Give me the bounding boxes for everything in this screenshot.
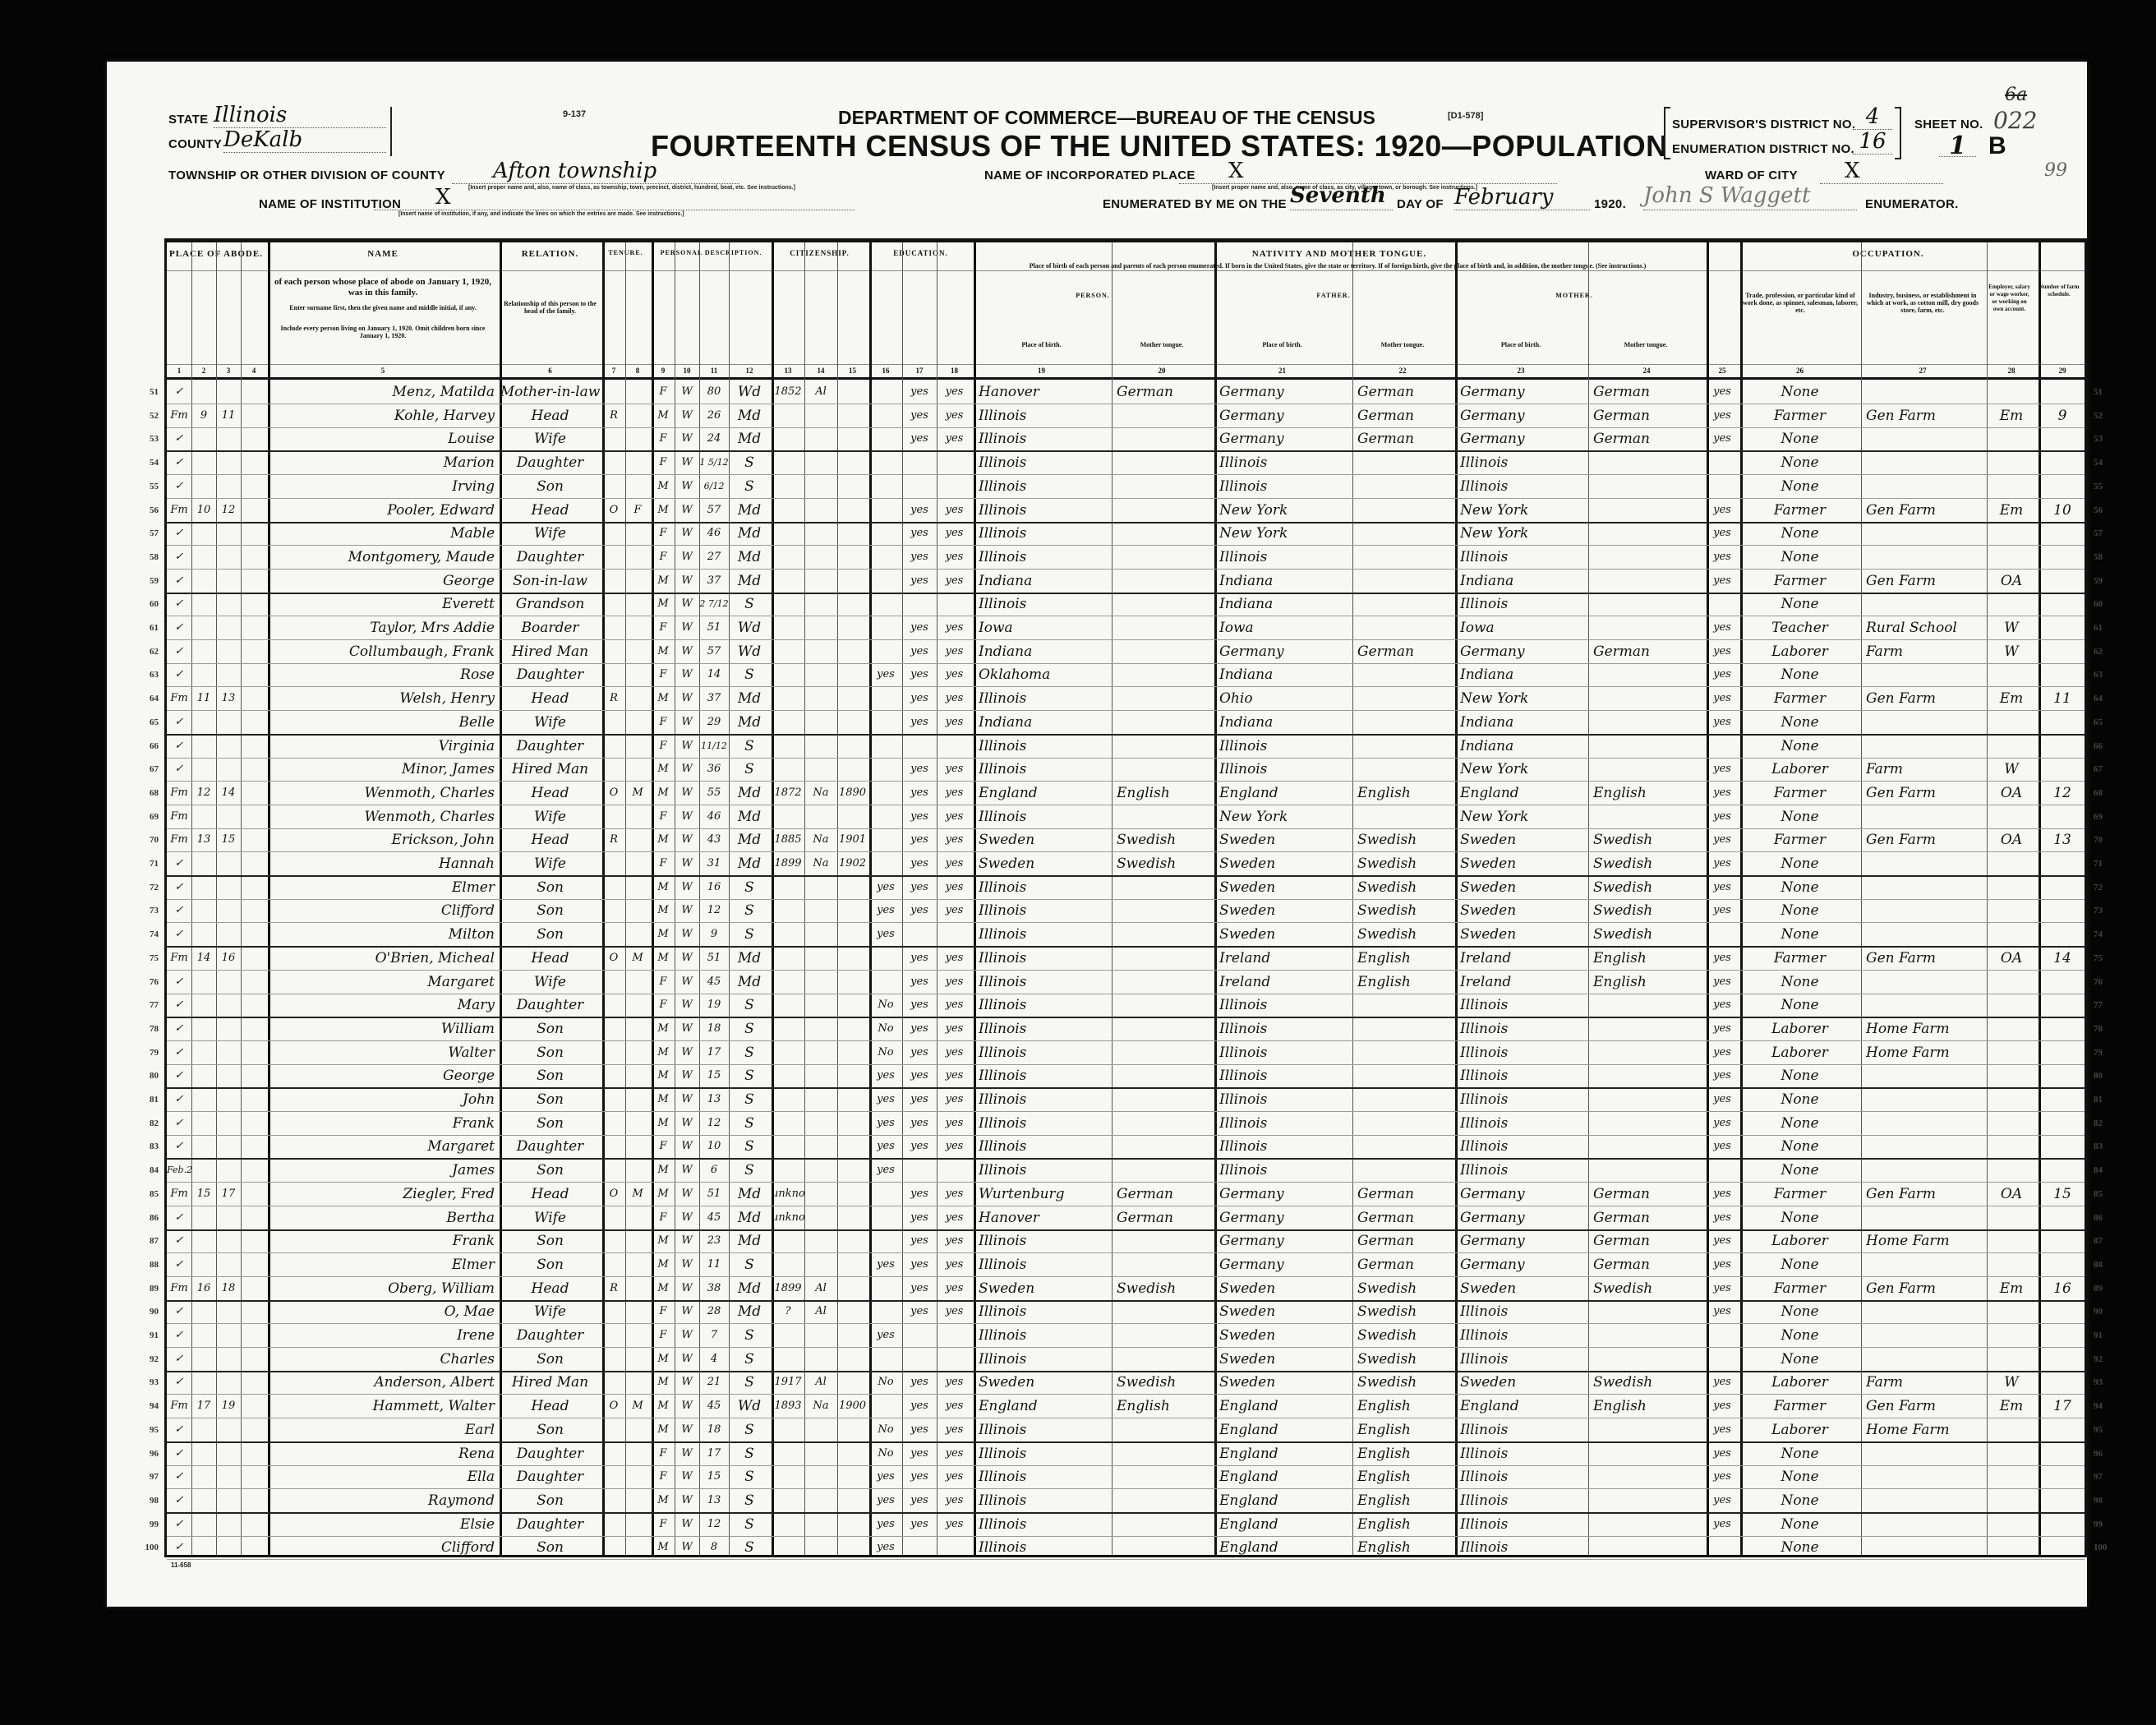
cell-mpob: Ireland: [1460, 947, 1587, 970]
cell-c1: ✓: [167, 1229, 191, 1252]
cell-fpob: Germany: [1219, 1229, 1350, 1252]
cell-c2: 17: [191, 1395, 216, 1418]
line-number: 73: [134, 906, 159, 916]
cell-t8: M: [625, 1395, 650, 1418]
cell-trade: None: [1740, 427, 1859, 450]
cell-c2: 15: [191, 1183, 216, 1206]
cell-eng: yes: [1707, 876, 1738, 899]
cell-c3: 19: [216, 1395, 241, 1418]
cell-fmt: German: [1357, 1206, 1453, 1229]
column-number: 14: [804, 367, 837, 375]
table-row: 5959✓GeorgeSon-in-lawMW37MdyesyesIndiana…: [167, 570, 2085, 594]
enumeration-label: ENUMERATION DISTRICT NO.: [1672, 142, 1854, 156]
cell-trade: None: [1740, 663, 1859, 686]
cell-ms: S: [729, 1489, 770, 1512]
line-number-right: 92: [2094, 1354, 2103, 1364]
cell-trade: Teacher: [1740, 616, 1859, 639]
cell-write: yes: [937, 687, 972, 710]
cell-eng: yes: [1707, 994, 1738, 1017]
cell-name: Walter: [268, 1041, 498, 1064]
column-number: 18: [937, 367, 972, 375]
cell-write: yes: [937, 499, 972, 522]
cell-school: No: [869, 1371, 902, 1394]
table-row: 5151✓Menz, MatildaMother-in-lawFW80Wd185…: [167, 381, 2085, 404]
cell-fpob: Sweden: [1219, 1324, 1350, 1347]
line-number: 92: [134, 1354, 159, 1364]
cell-eng: yes: [1707, 1253, 1738, 1276]
line-number-right: 81: [2094, 1095, 2103, 1105]
cell-sex: F: [652, 1465, 675, 1488]
cell-c1: ✓: [167, 1112, 191, 1135]
cell-read: yes: [902, 1418, 937, 1441]
cell-trade: None: [1740, 852, 1859, 875]
cell-name: Taylor, Mrs Addie: [268, 616, 498, 639]
cell-read: yes: [902, 427, 937, 450]
line-number-right: 80: [2094, 1071, 2103, 1081]
cell-school: No: [869, 994, 902, 1017]
cell-mt: Swedish: [1117, 852, 1212, 875]
cell-c2: 16: [191, 1277, 216, 1300]
cell-emp: W: [1987, 1371, 2036, 1394]
cell-name: Margaret: [268, 1135, 498, 1158]
cell-ms: Md: [729, 499, 770, 522]
cell-mmt: German: [1593, 404, 1705, 427]
line-number-right: 52: [2094, 411, 2103, 421]
cell-natyr: 1902: [837, 852, 868, 875]
cell-age: 7: [699, 1324, 729, 1347]
cell-t7: O: [602, 947, 625, 970]
cell-school: yes: [869, 1159, 902, 1182]
cell-emp: OA: [1987, 828, 2036, 851]
cell-fpob: England: [1219, 1536, 1350, 1559]
cell-nat: Na: [804, 782, 837, 805]
column-number: 27: [1861, 367, 1984, 375]
cell-race: W: [675, 522, 699, 545]
cell-mpob: Illinois: [1460, 593, 1587, 616]
cell-farm: 17: [2039, 1395, 2086, 1418]
cell-ms: S: [729, 899, 770, 922]
cell-ms: S: [729, 1135, 770, 1158]
table-row: 6868Fm1214Wenmoth, CharlesHeadOMMW55Md18…: [167, 782, 2085, 805]
cell-write: yes: [937, 546, 972, 569]
cell-pob: Illinois: [979, 1041, 1109, 1064]
cell-read: yes: [902, 522, 937, 545]
cell-trade: None: [1740, 1112, 1859, 1135]
cell-mpob: Indiana: [1460, 663, 1587, 686]
bottom-form-code: 11-658: [171, 1561, 191, 1569]
cell-read: yes: [902, 1395, 937, 1418]
cell-fpob: Indiana: [1219, 570, 1350, 593]
line-number: 91: [134, 1331, 159, 1340]
cell-nat: Al: [804, 1371, 837, 1394]
cell-name: Ziegler, Fred: [268, 1183, 498, 1206]
cell-fpob: Illinois: [1219, 1017, 1350, 1040]
cell-age: 37: [699, 570, 729, 593]
cell-age: 18: [699, 1017, 729, 1040]
cell-c1: ✓: [167, 1442, 191, 1465]
cell-ms: S: [729, 1159, 770, 1182]
cell-trade: None: [1740, 381, 1859, 404]
cell-eng: yes: [1707, 828, 1738, 851]
father-pob-header: Place of birth.: [1214, 341, 1350, 348]
cell-rel: Head: [500, 782, 601, 805]
cell-trade: None: [1740, 923, 1859, 946]
cell-school: yes: [869, 1465, 902, 1488]
column-number: 9: [652, 367, 675, 375]
cell-c1: Fm: [167, 947, 191, 970]
cell-age: 17: [699, 1442, 729, 1465]
cell-rel: Wife: [500, 805, 601, 828]
cell-fpob: Illinois: [1219, 1088, 1350, 1111]
cell-mt: English: [1117, 1395, 1212, 1418]
cell-race: W: [675, 451, 699, 474]
cell-race: W: [675, 852, 699, 875]
line-number: 93: [134, 1377, 159, 1387]
cell-pob: Sweden: [979, 852, 1109, 875]
cell-eng: yes: [1707, 1395, 1738, 1418]
table-row: 6969FmWenmoth, CharlesWifeFW46MdyesyesIl…: [167, 805, 2085, 829]
cell-sex: F: [652, 994, 675, 1017]
cell-sex: M: [652, 687, 675, 710]
cell-read: yes: [902, 1489, 937, 1512]
line-number-right: 62: [2094, 647, 2103, 657]
cell-trade: Laborer: [1740, 640, 1859, 663]
cell-ms: Md: [729, 947, 770, 970]
cell-write: yes: [937, 522, 972, 545]
cell-trade: Laborer: [1740, 758, 1859, 781]
cell-rel: Hired Man: [500, 1371, 601, 1394]
line-number-right: 72: [2094, 883, 2103, 892]
cell-ms: S: [729, 1112, 770, 1135]
line-number-right: 95: [2094, 1425, 2103, 1435]
cell-fmt: German: [1357, 404, 1453, 427]
cell-pob: Illinois: [979, 427, 1109, 450]
cell-ms: Wd: [729, 381, 770, 404]
cell-trade: Laborer: [1740, 1017, 1859, 1040]
line-number: 98: [134, 1496, 159, 1506]
cell-race: W: [675, 1159, 699, 1182]
cell-c1: ✓: [167, 971, 191, 994]
table-row: 5858✓Montgomery, MaudeDaughterFW27Mdyesy…: [167, 546, 2085, 570]
table-row: 8989Fm1618Oberg, WilliamHeadRMW38Md1899A…: [167, 1277, 2085, 1302]
cell-imm: 1899: [772, 1277, 804, 1300]
person-header: PERSON.: [974, 292, 1212, 299]
cell-school: yes: [869, 1088, 902, 1111]
cell-write: yes: [937, 1017, 972, 1040]
cell-mmt: German: [1593, 381, 1705, 404]
line-number-right: 73: [2094, 906, 2103, 916]
cell-trade: None: [1740, 1300, 1859, 1323]
header-rule: [167, 364, 2085, 365]
cell-pob: Illinois: [979, 546, 1109, 569]
cell-fpob: Illinois: [1219, 1135, 1350, 1158]
cell-mmt: Swedish: [1593, 923, 1705, 946]
cell-age: 36: [699, 758, 729, 781]
line-number-right: 100: [2094, 1543, 2108, 1552]
cell-read: yes: [902, 782, 937, 805]
cell-read: yes: [902, 1442, 937, 1465]
cell-fpob: New York: [1219, 805, 1350, 828]
cell-eng: yes: [1707, 663, 1738, 686]
cell-trade: Farmer: [1740, 1183, 1859, 1206]
section-citizenship: CITIZENSHIP.: [772, 249, 868, 257]
table-row: 7070Fm1315Erickson, JohnHeadRMW43Md1885N…: [167, 828, 2085, 852]
cell-sex: F: [652, 1206, 675, 1229]
cell-name: Ella: [268, 1465, 498, 1488]
table-row: 6565✓BelleWifeFW29MdyesyesIndianaIndiana…: [167, 711, 2085, 736]
cell-fpob: Ohio: [1219, 687, 1350, 710]
sheet-label: SHEET NO.: [1914, 118, 1983, 131]
table-row: 7676✓MargaretWifeFW45MdyesyesIllinoisIre…: [167, 971, 2085, 994]
cell-age: 57: [699, 499, 729, 522]
table-row: 7373✓CliffordSonMW12SyesyesyesIllinoisSw…: [167, 899, 2085, 923]
cell-ind: Home Farm: [1866, 1229, 1984, 1252]
cell-trade: None: [1740, 971, 1859, 994]
table-row: 5555✓IrvingSonMW6/12SIllinoisIllinoisIll…: [167, 475, 2085, 499]
cell-pob: Illinois: [979, 451, 1109, 474]
cell-pob: Illinois: [979, 522, 1109, 545]
cell-natyr: 1900: [837, 1395, 868, 1418]
cell-mpob: Illinois: [1460, 1348, 1587, 1371]
cell-ms: S: [729, 876, 770, 899]
cell-read: yes: [902, 994, 937, 1017]
cell-race: W: [675, 404, 699, 427]
section-relation: RELATION.: [500, 249, 601, 259]
cell-fmt: German: [1357, 1229, 1453, 1252]
cell-sex: F: [652, 1135, 675, 1158]
column-number: 29: [2039, 367, 2086, 375]
cell-ms: S: [729, 1253, 770, 1276]
cell-age: 2 7/12: [699, 593, 729, 616]
table-row: 9999✓ElsieDaughterFW12SyesyesyesIllinois…: [167, 1513, 2085, 1537]
cell-fmt: English: [1357, 782, 1453, 805]
cell-pob: Illinois: [979, 1229, 1109, 1252]
cell-age: 6: [699, 1159, 729, 1182]
cell-fpob: Illinois: [1219, 451, 1350, 474]
sheet-stamp: 022: [1993, 107, 2037, 134]
cell-c1: ✓: [167, 1348, 191, 1371]
sheet-letter: B: [1988, 132, 2006, 160]
cell-sex: M: [652, 1064, 675, 1087]
sheet-value: 1: [1939, 131, 1976, 157]
cell-name: Pooler, Edward: [268, 499, 498, 522]
cell-age: 8: [699, 1536, 729, 1559]
cell-c3: 13: [216, 687, 241, 710]
cell-ms: S: [729, 923, 770, 946]
cell-ms: Wd: [729, 616, 770, 639]
cell-pob: Illinois: [979, 1442, 1109, 1465]
cell-age: 46: [699, 522, 729, 545]
cell-trade: Farmer: [1740, 499, 1859, 522]
cell-race: W: [675, 1395, 699, 1418]
cell-race: W: [675, 1229, 699, 1252]
cell-sex: M: [652, 640, 675, 663]
cell-eng: yes: [1707, 852, 1738, 875]
cell-read: yes: [902, 805, 937, 828]
table-row: 7979✓WalterSonMW17SNoyesyesIllinoisIllin…: [167, 1041, 2085, 1065]
column-number: 12: [729, 367, 770, 375]
cell-rel: Son-in-law: [500, 570, 601, 593]
cell-c1: ✓: [167, 1017, 191, 1040]
line-number: 100: [134, 1543, 159, 1552]
line-number-right: 77: [2094, 1000, 2103, 1010]
cell-write: yes: [937, 1418, 972, 1441]
line-number: 68: [134, 788, 159, 798]
cell-mmt: Swedish: [1593, 876, 1705, 899]
cell-trade: None: [1740, 593, 1859, 616]
census-sheet: STATE Illinois COUNTY DeKalb 9-137 DEPAR…: [107, 62, 2087, 1607]
cell-eng: yes: [1707, 1418, 1738, 1441]
incorporated-value: X: [1179, 159, 1557, 184]
cell-mpob: Illinois: [1460, 1489, 1587, 1512]
cell-sex: M: [652, 499, 675, 522]
cell-ms: S: [729, 994, 770, 1017]
table-row: 7474✓MiltonSonMW9SyesIllinoisSwedenSwedi…: [167, 923, 2085, 948]
cell-farm: 16: [2039, 1277, 2086, 1300]
cell-c1: ✓: [167, 876, 191, 899]
cell-rel: Head: [500, 1277, 601, 1300]
cell-write: yes: [937, 1064, 972, 1087]
table-row: 8080✓GeorgeSonMW15SyesyesyesIllinoisIlli…: [167, 1064, 2085, 1089]
cell-name: Clifford: [268, 899, 498, 922]
cell-ms: Md: [729, 546, 770, 569]
cell-race: W: [675, 735, 699, 758]
cell-mmt: English: [1593, 971, 1705, 994]
cell-name: George: [268, 1064, 498, 1087]
cell-race: W: [675, 381, 699, 404]
cell-name: Menz, Matilda: [268, 381, 498, 404]
county-value: DeKalb: [223, 127, 386, 153]
cell-mpob: New York: [1460, 499, 1587, 522]
cell-mpob: New York: [1460, 758, 1587, 781]
cell-ms: S: [729, 1536, 770, 1559]
cell-name: George: [268, 570, 498, 593]
cell-name: Mary: [268, 994, 498, 1017]
table-row: 6262✓Collumbaugh, FrankHired ManMW57Wdye…: [167, 640, 2085, 664]
cell-name: John: [268, 1088, 498, 1111]
line-number: 82: [134, 1118, 159, 1128]
cell-mpob: Illinois: [1460, 1017, 1587, 1040]
cell-rel: Head: [500, 1183, 601, 1206]
cell-c1: ✓: [167, 1135, 191, 1158]
line-number-right: 70: [2094, 835, 2103, 845]
cell-write: yes: [937, 805, 972, 828]
cell-mt: German: [1117, 1206, 1212, 1229]
cell-age: 46: [699, 805, 729, 828]
cell-read: yes: [902, 1277, 937, 1300]
cell-imm: 1899: [772, 852, 804, 875]
line-number-right: 82: [2094, 1118, 2103, 1128]
cell-fmt: English: [1357, 1513, 1453, 1536]
cell-c1: ✓: [167, 1253, 191, 1276]
line-number-right: 71: [2094, 859, 2103, 869]
cell-t8: M: [625, 947, 650, 970]
cell-age: 38: [699, 1277, 729, 1300]
column-number: 22: [1352, 367, 1453, 375]
cell-fpob: Germany: [1219, 1206, 1350, 1229]
table-row: 5252Fm911Kohle, HarveyHeadRMW26MdyesyesI…: [167, 404, 2085, 428]
cell-mpob: Germany: [1460, 427, 1587, 450]
cell-mmt: English: [1593, 947, 1705, 970]
supervisor-label: SUPERVISOR'S DISTRICT NO.: [1672, 118, 1855, 131]
cell-fpob: New York: [1219, 522, 1350, 545]
cell-sex: M: [652, 404, 675, 427]
cell-school: yes: [869, 1536, 902, 1559]
cell-age: 13: [699, 1088, 729, 1111]
enumerator-label: ENUMERATOR.: [1865, 197, 1959, 211]
cell-trade: Laborer: [1740, 1371, 1859, 1394]
cell-c2: 10: [191, 499, 216, 522]
cell-name: Rose: [268, 663, 498, 686]
cell-fmt: Swedish: [1357, 828, 1453, 851]
cell-ms: S: [729, 1041, 770, 1064]
cell-eng: yes: [1707, 1277, 1738, 1300]
cell-school: yes: [869, 1489, 902, 1512]
cell-ind: Gen Farm: [1866, 1395, 1984, 1418]
cell-farm: 15: [2039, 1183, 2086, 1206]
cell-emp: W: [1987, 758, 2036, 781]
cell-race: W: [675, 640, 699, 663]
cell-rel: Son: [500, 1536, 601, 1559]
cell-trade: None: [1740, 1135, 1859, 1158]
cell-mt: Swedish: [1117, 1277, 1212, 1300]
cell-name: Everett: [268, 593, 498, 616]
cell-race: W: [675, 1017, 699, 1040]
cell-mpob: Illinois: [1460, 1112, 1587, 1135]
father-header: FATHER.: [1214, 292, 1453, 299]
line-number-right: 63: [2094, 670, 2103, 680]
line-number: 62: [134, 647, 159, 657]
cell-fpob: England: [1219, 1513, 1350, 1536]
cell-age: 12: [699, 1513, 729, 1536]
cell-name: Kohle, Harvey: [268, 404, 498, 427]
cell-rel: Wife: [500, 1206, 601, 1229]
cell-school: yes: [869, 1112, 902, 1135]
cell-sex: M: [652, 475, 675, 498]
cell-imm: ?: [772, 1300, 804, 1323]
cell-mmt: Swedish: [1593, 828, 1705, 851]
cell-ms: Md: [729, 971, 770, 994]
cell-pob: Indiana: [979, 640, 1109, 663]
cell-rel: Hired Man: [500, 758, 601, 781]
cell-pob: Illinois: [979, 994, 1109, 1017]
cell-write: yes: [937, 1277, 972, 1300]
table-row: 6363✓RoseDaughterFW14SyesyesyesOklahomaI…: [167, 663, 2085, 687]
cell-c1: ✓: [167, 1041, 191, 1064]
cell-fmt: English: [1357, 1465, 1453, 1488]
cell-read: yes: [902, 1253, 937, 1276]
column-number: 19: [974, 367, 1109, 375]
table-row: 100100✓CliffordSonMW8SyesIllinoisEngland…: [167, 1536, 2085, 1560]
cell-fmt: Swedish: [1357, 1371, 1453, 1394]
table-row: 8282✓FrankSonMW12SyesyesyesIllinoisIllin…: [167, 1112, 2085, 1136]
line-number-right: 51: [2094, 387, 2103, 397]
cell-fmt: English: [1357, 1442, 1453, 1465]
cell-sex: M: [652, 1112, 675, 1135]
cell-imm: 1852: [772, 381, 804, 404]
cell-fpob: Ireland: [1219, 971, 1350, 994]
cell-rel: Daughter: [500, 1513, 601, 1536]
ward-value: X: [1820, 159, 1943, 184]
cell-nat: Al: [804, 381, 837, 404]
cell-trade: None: [1740, 1442, 1859, 1465]
cell-fmt: Swedish: [1357, 899, 1453, 922]
relation-desc: Relationship of this person to the head …: [504, 300, 597, 315]
line-number: 85: [134, 1189, 159, 1199]
table-row: 8686✓BerthaWifeFW45MdunknownyesyesHanove…: [167, 1206, 2085, 1231]
cell-fpob: Ireland: [1219, 947, 1350, 970]
cell-mmt: Swedish: [1593, 899, 1705, 922]
